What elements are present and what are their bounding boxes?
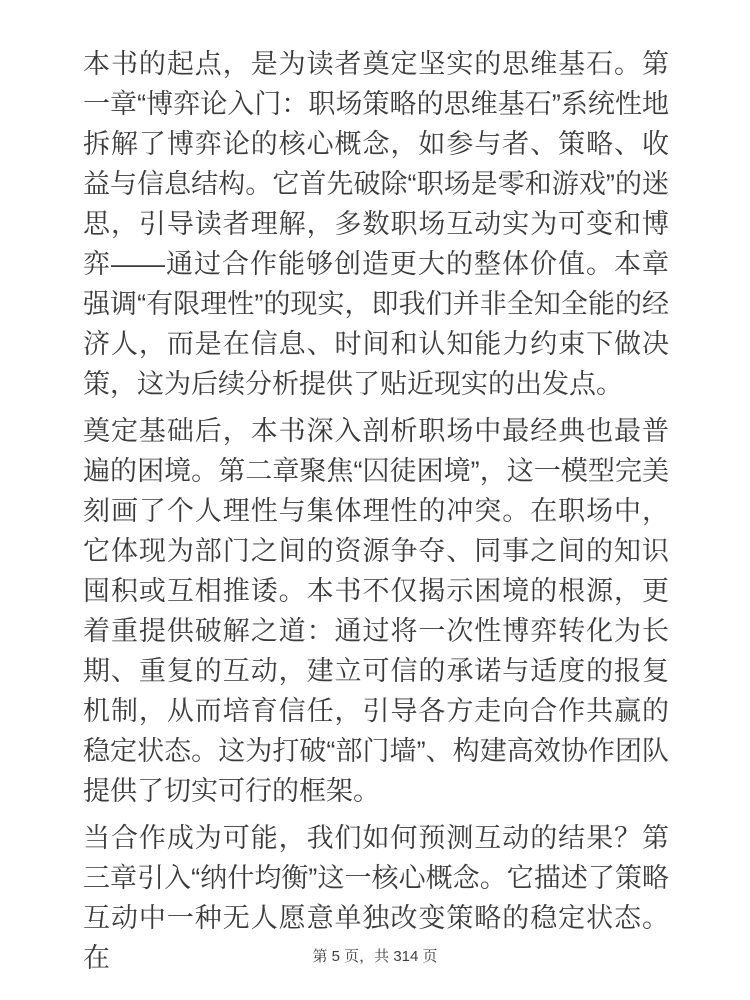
document-page: 本书的起点，是为读者奠定坚实的思维基石。第一章“博弈论入门：职场策略的思维基石”…: [0, 0, 750, 1000]
paragraph-1: 本书的起点，是为读者奠定坚实的思维基石。第一章“博弈论入门：职场策略的思维基石”…: [83, 44, 669, 404]
page-indicator: 第 5 页，共 314 页: [312, 948, 437, 965]
page-footer: 第 5 页，共 314 页: [0, 946, 750, 968]
page-content: 本书的起点，是为读者奠定坚实的思维基石。第一章“博弈论入门：职场策略的思维基石”…: [83, 44, 669, 985]
paragraph-2: 奠定基础后，本书深入剖析职场中最经典也最普遍的困境。第二章聚焦“囚徒困境”，这一…: [83, 411, 669, 811]
